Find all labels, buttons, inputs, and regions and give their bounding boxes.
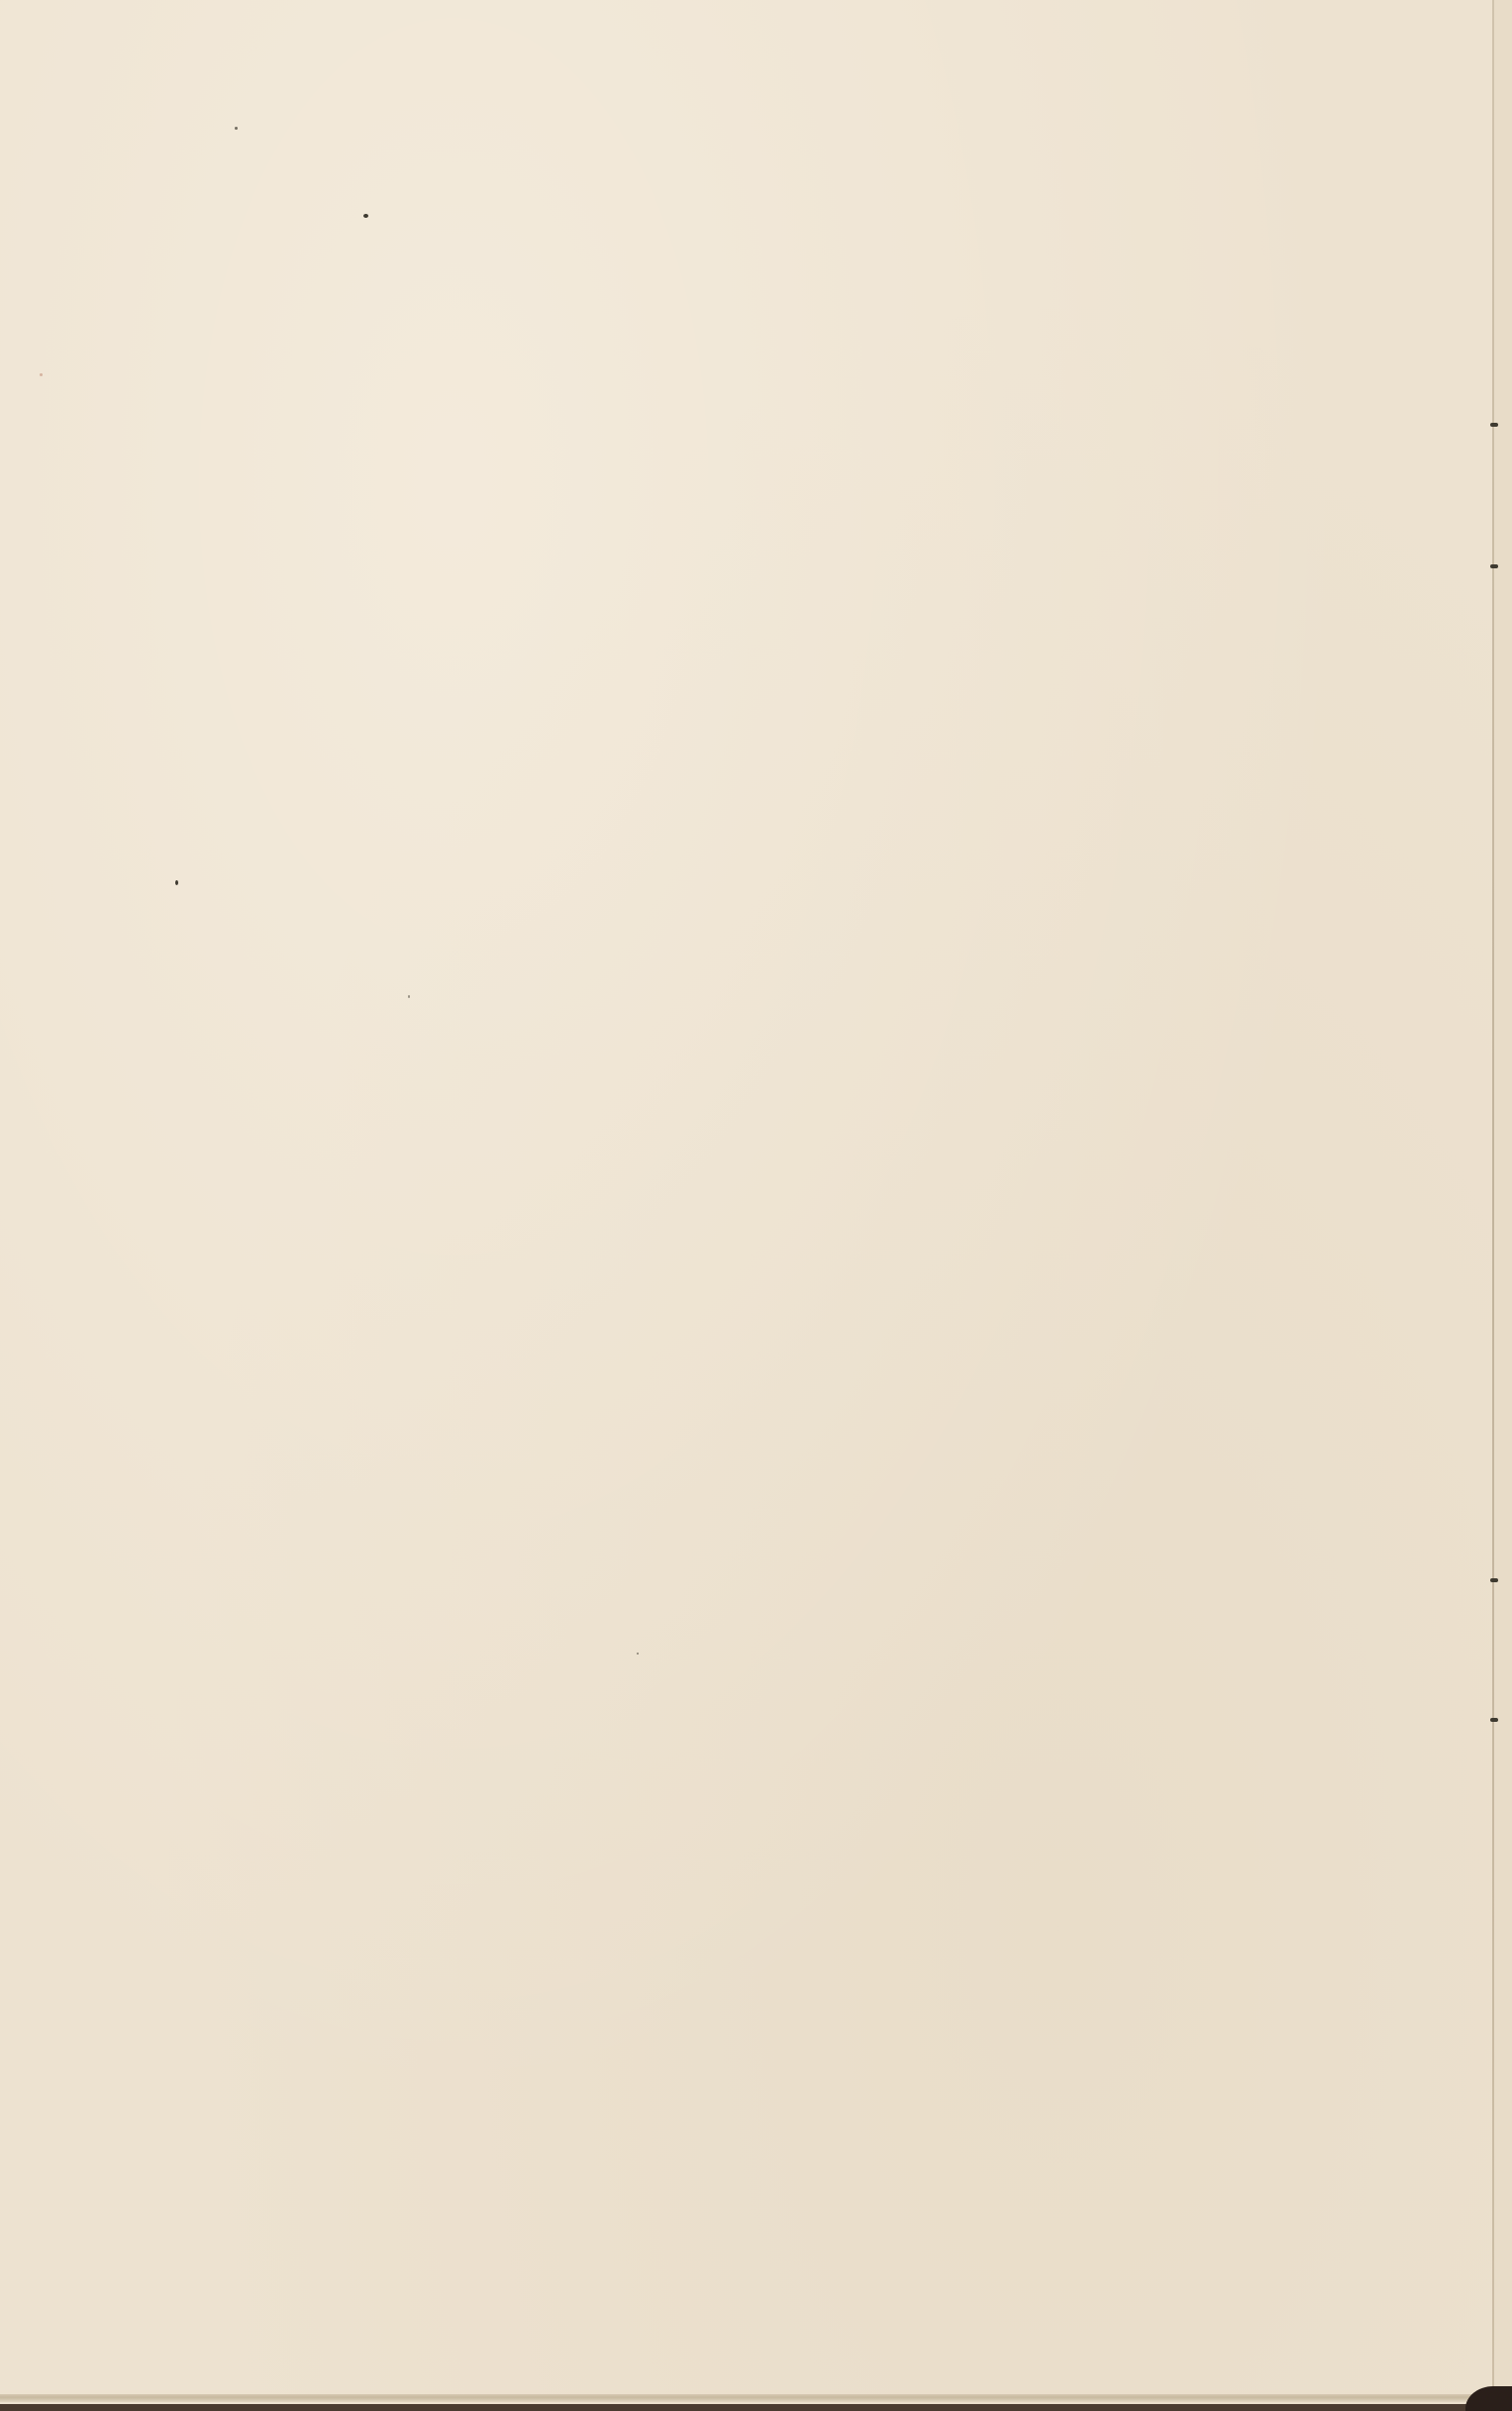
binding-mark	[1490, 423, 1498, 427]
paper-speck	[235, 127, 238, 130]
paper-speck	[408, 995, 410, 998]
scan-background-corner	[1465, 2386, 1512, 2411]
binding-line	[1492, 0, 1494, 2396]
paper-speck	[637, 1653, 639, 1655]
paper-speck	[363, 214, 368, 218]
paper-speck	[175, 880, 178, 885]
binding-mark	[1490, 1578, 1498, 1582]
bottom-page-edge	[0, 2394, 1512, 2402]
bottom-shadow	[0, 2404, 1512, 2411]
blank-book-page	[0, 0, 1512, 2411]
binding-mark	[1490, 564, 1498, 568]
paper-speck	[40, 373, 43, 376]
binding-mark	[1490, 1718, 1498, 1722]
right-margin	[1494, 0, 1512, 2411]
